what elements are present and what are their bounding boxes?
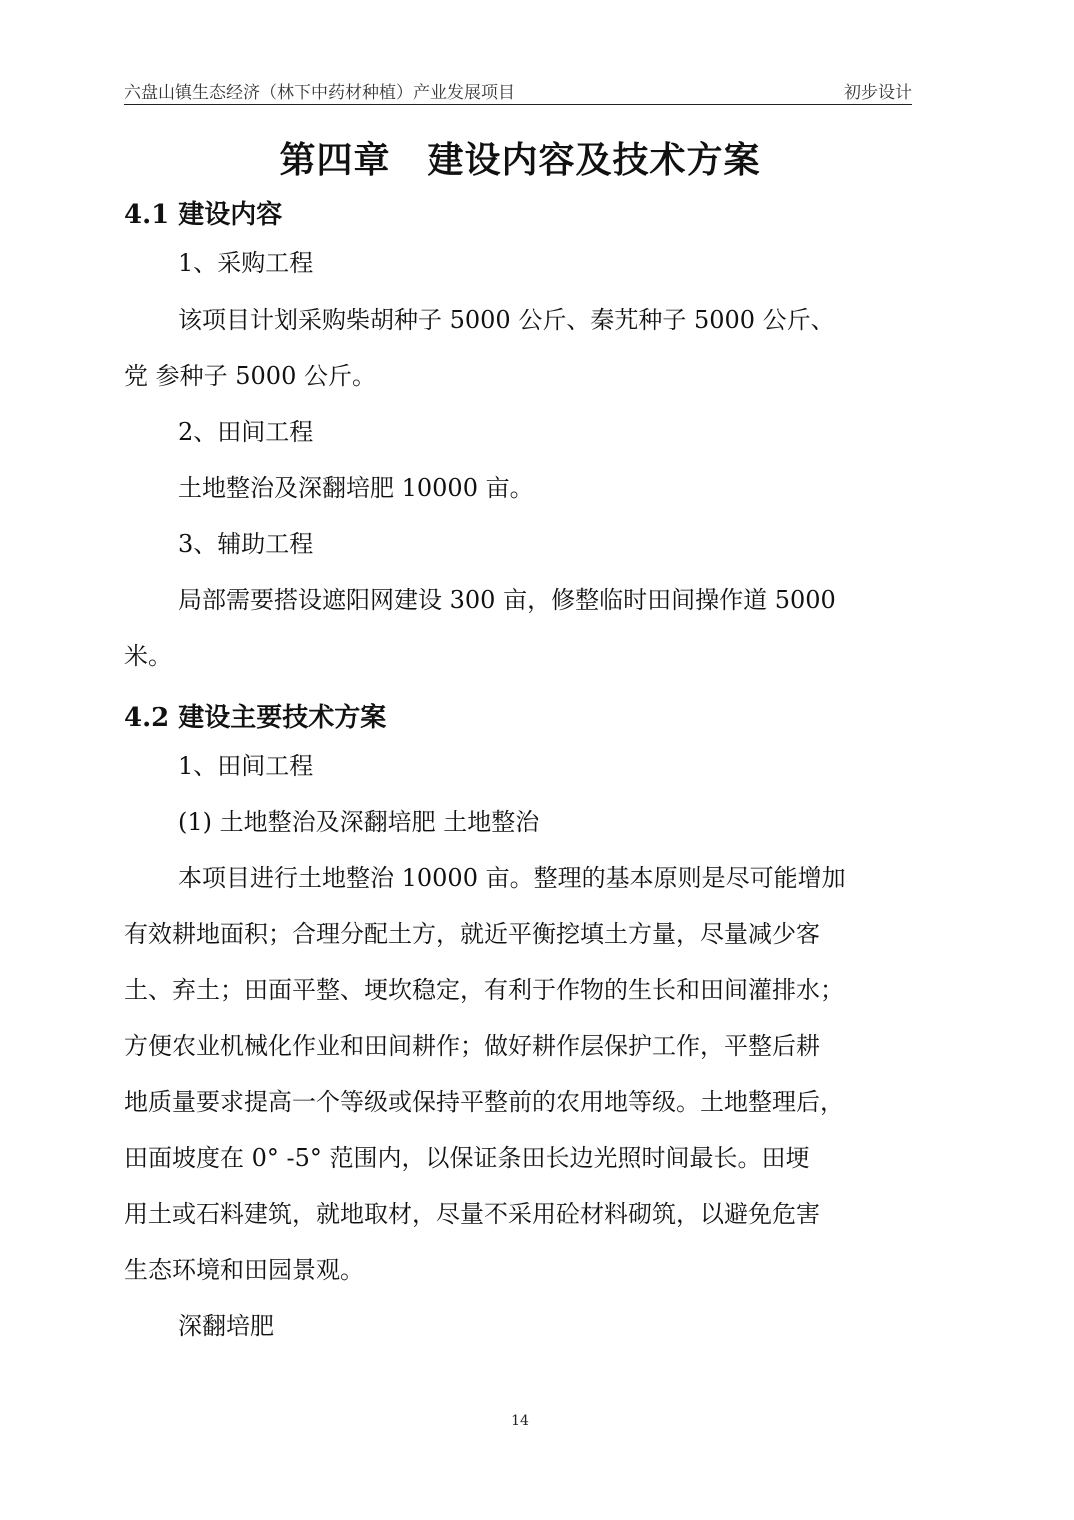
paragraph-line: 米。 [124,636,914,671]
paragraph-line: 局部需要搭设遮阳网建设 300 亩，修整临时田间操作道 5000 [178,580,968,615]
paragraph-line: 有效耕地面积；合理分配土方，就近平衡挖填土方量，尽量减少客 [124,914,914,949]
section-heading-4-2: 4.2 建设主要技术方案 [124,697,914,734]
paragraph-line: 本项目进行土地整治 10000 亩。整理的基本原则是尽可能增加 [178,858,968,893]
paragraph-line: 方便农业机械化作业和田间耕作；做好耕作层保护工作，平整后耕 [124,1026,914,1061]
subheading-deep-tillage: 深翻培肥 [178,1306,968,1341]
subheading-field-works: 2、田间工程 [178,412,968,447]
header-doc-type: 初步设计 [844,78,912,103]
paragraph-line: 该项目计划采购柴胡种子 5000 公斤、秦艽种子 5000 公斤、 [178,300,914,335]
paragraph-line: 生态环境和田园景观。 [124,1250,914,1285]
paragraph-line: 土、弃土；田面平整、埂坎稳定，有利于作物的生长和田间灌排水； [124,970,914,1005]
paragraph-line: 地质量要求提高一个等级或保持平整前的农用地等级。土地整理后， [124,1082,914,1117]
subheading-land-consolidation: (1) 土地整治及深翻培肥 土地整治 [178,802,968,837]
section-heading-4-1: 4.1 建设内容 [124,194,914,231]
paragraph-line: 土地整治及深翻培肥 10000 亩。 [178,468,968,503]
paragraph-line: 田面坡度在 0° -5° 范围内，以保证条田长边光照时间最长。田埂 [124,1138,914,1173]
subheading-field-works-2: 1、田间工程 [178,746,968,781]
header-project-title: 六盘山镇生态经济（林下中药材种植）产业发展项目 [124,78,515,103]
subheading-procurement: 1、采购工程 [178,243,968,278]
page-number: 14 [0,1413,1040,1429]
paragraph-line: 党 参种子 5000 公斤。 [124,356,914,391]
paragraph-line: 用土或石料建筑，就地取材，尽量不采用砼材料砌筑，以避免危害 [124,1194,914,1229]
subheading-auxiliary: 3、辅助工程 [178,524,968,559]
chapter-title: 第四章 建设内容及技术方案 [0,132,1040,183]
page-header: 六盘山镇生态经济（林下中药材种植）产业发展项目 初步设计 [124,76,912,105]
